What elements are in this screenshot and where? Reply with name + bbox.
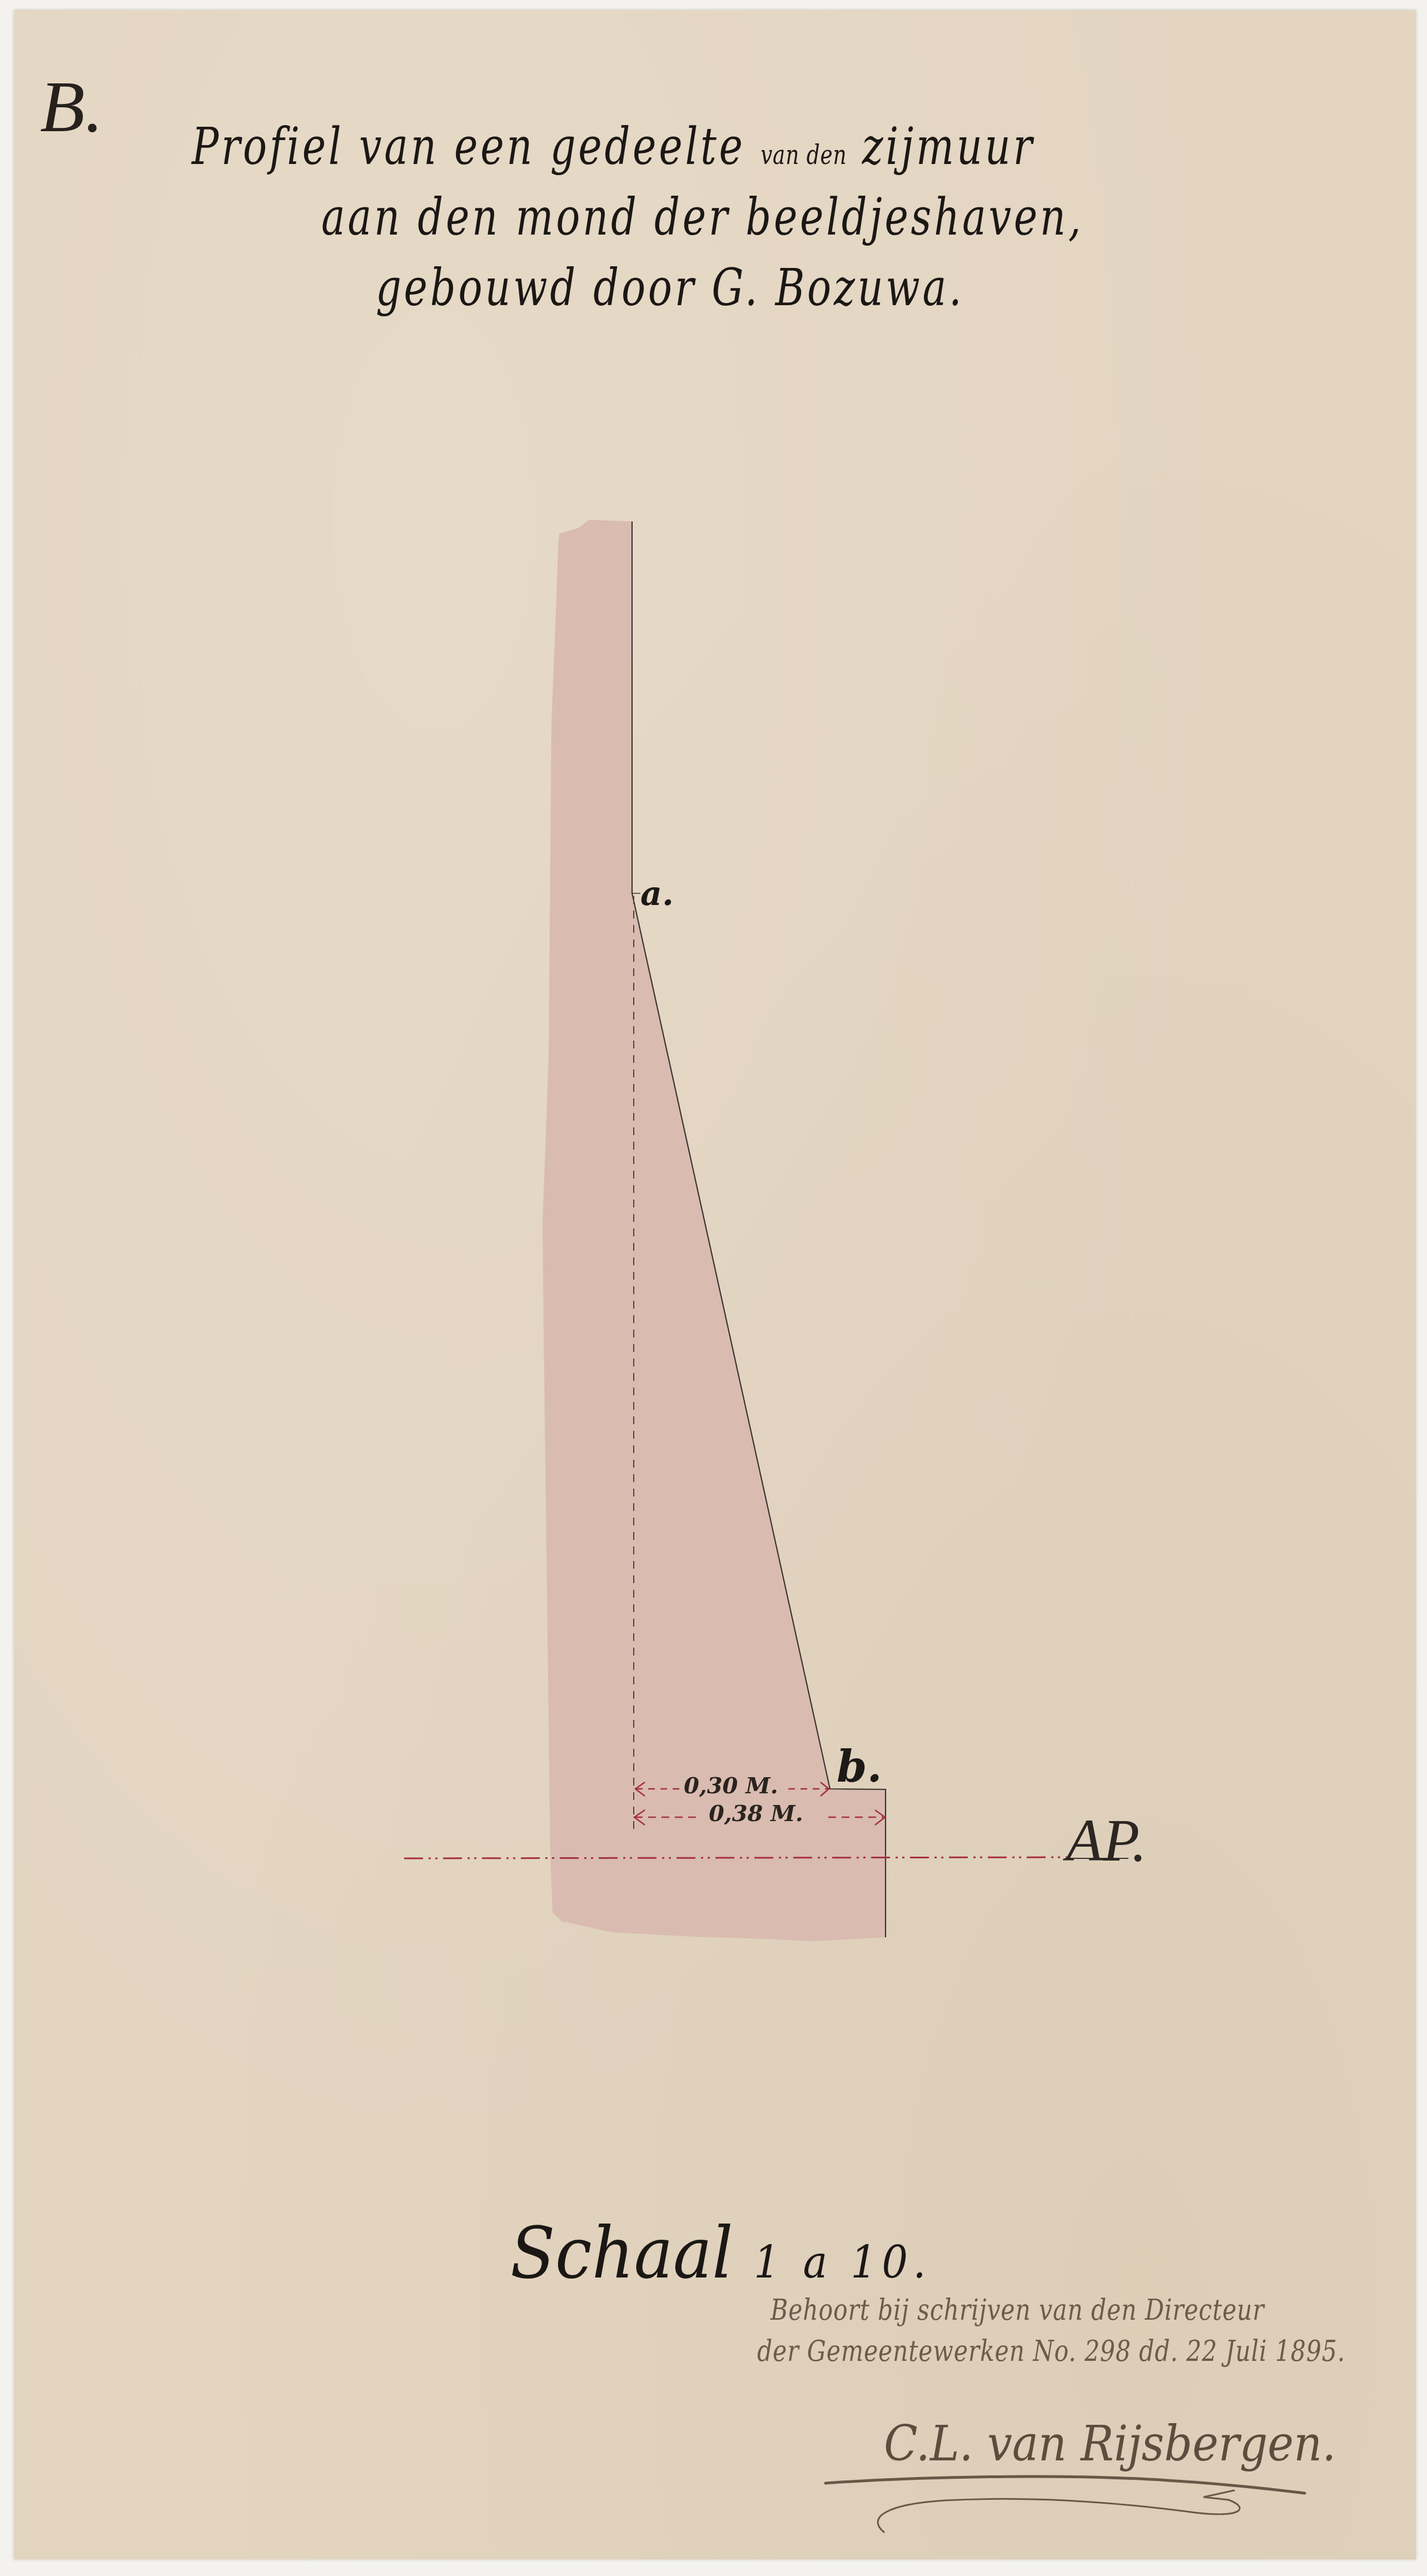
wall-profile-drawing <box>0 0 1427 2576</box>
scale-label: Schaal 1 a 10. <box>510 2218 931 2289</box>
signature-flourish <box>878 2490 1240 2532</box>
point-label-b: b. <box>837 1745 882 1789</box>
title-line-1-main: Profiel van een gedeelte <box>192 117 745 176</box>
title-line-1: Profiel van een gedeelte van den zijmuur <box>192 121 1035 172</box>
dimension-label-0-30: 0,30 M. <box>684 1775 778 1797</box>
scale-ratio: 1 a 10. <box>754 2236 931 2288</box>
title-line-1-end: zijmuur <box>862 117 1035 176</box>
ap-datum-label: AP. <box>1066 1811 1147 1871</box>
scale-word: Schaal <box>510 2212 733 2295</box>
point-label-a: a. <box>640 877 674 911</box>
annotation-line-1: Behoort bij schrijven van den Directeur <box>770 2296 1265 2325</box>
sheet-letter: B. <box>40 70 103 143</box>
wall-section-wash <box>543 520 886 1941</box>
dimension-label-0-38: 0,38 M. <box>709 1803 803 1825</box>
title-line-1-small: van den <box>760 140 847 171</box>
title-line-3: gebouwd door G. Bozuwa. <box>376 262 964 314</box>
signature: C.L. van Rijsbergen. <box>884 2419 1336 2468</box>
title-line-2: aan den mond der beeldjeshaven, <box>321 192 1083 243</box>
annotation-line-2: der Gemeentewerken No. 298 dd. 22 Juli 1… <box>757 2337 1345 2366</box>
